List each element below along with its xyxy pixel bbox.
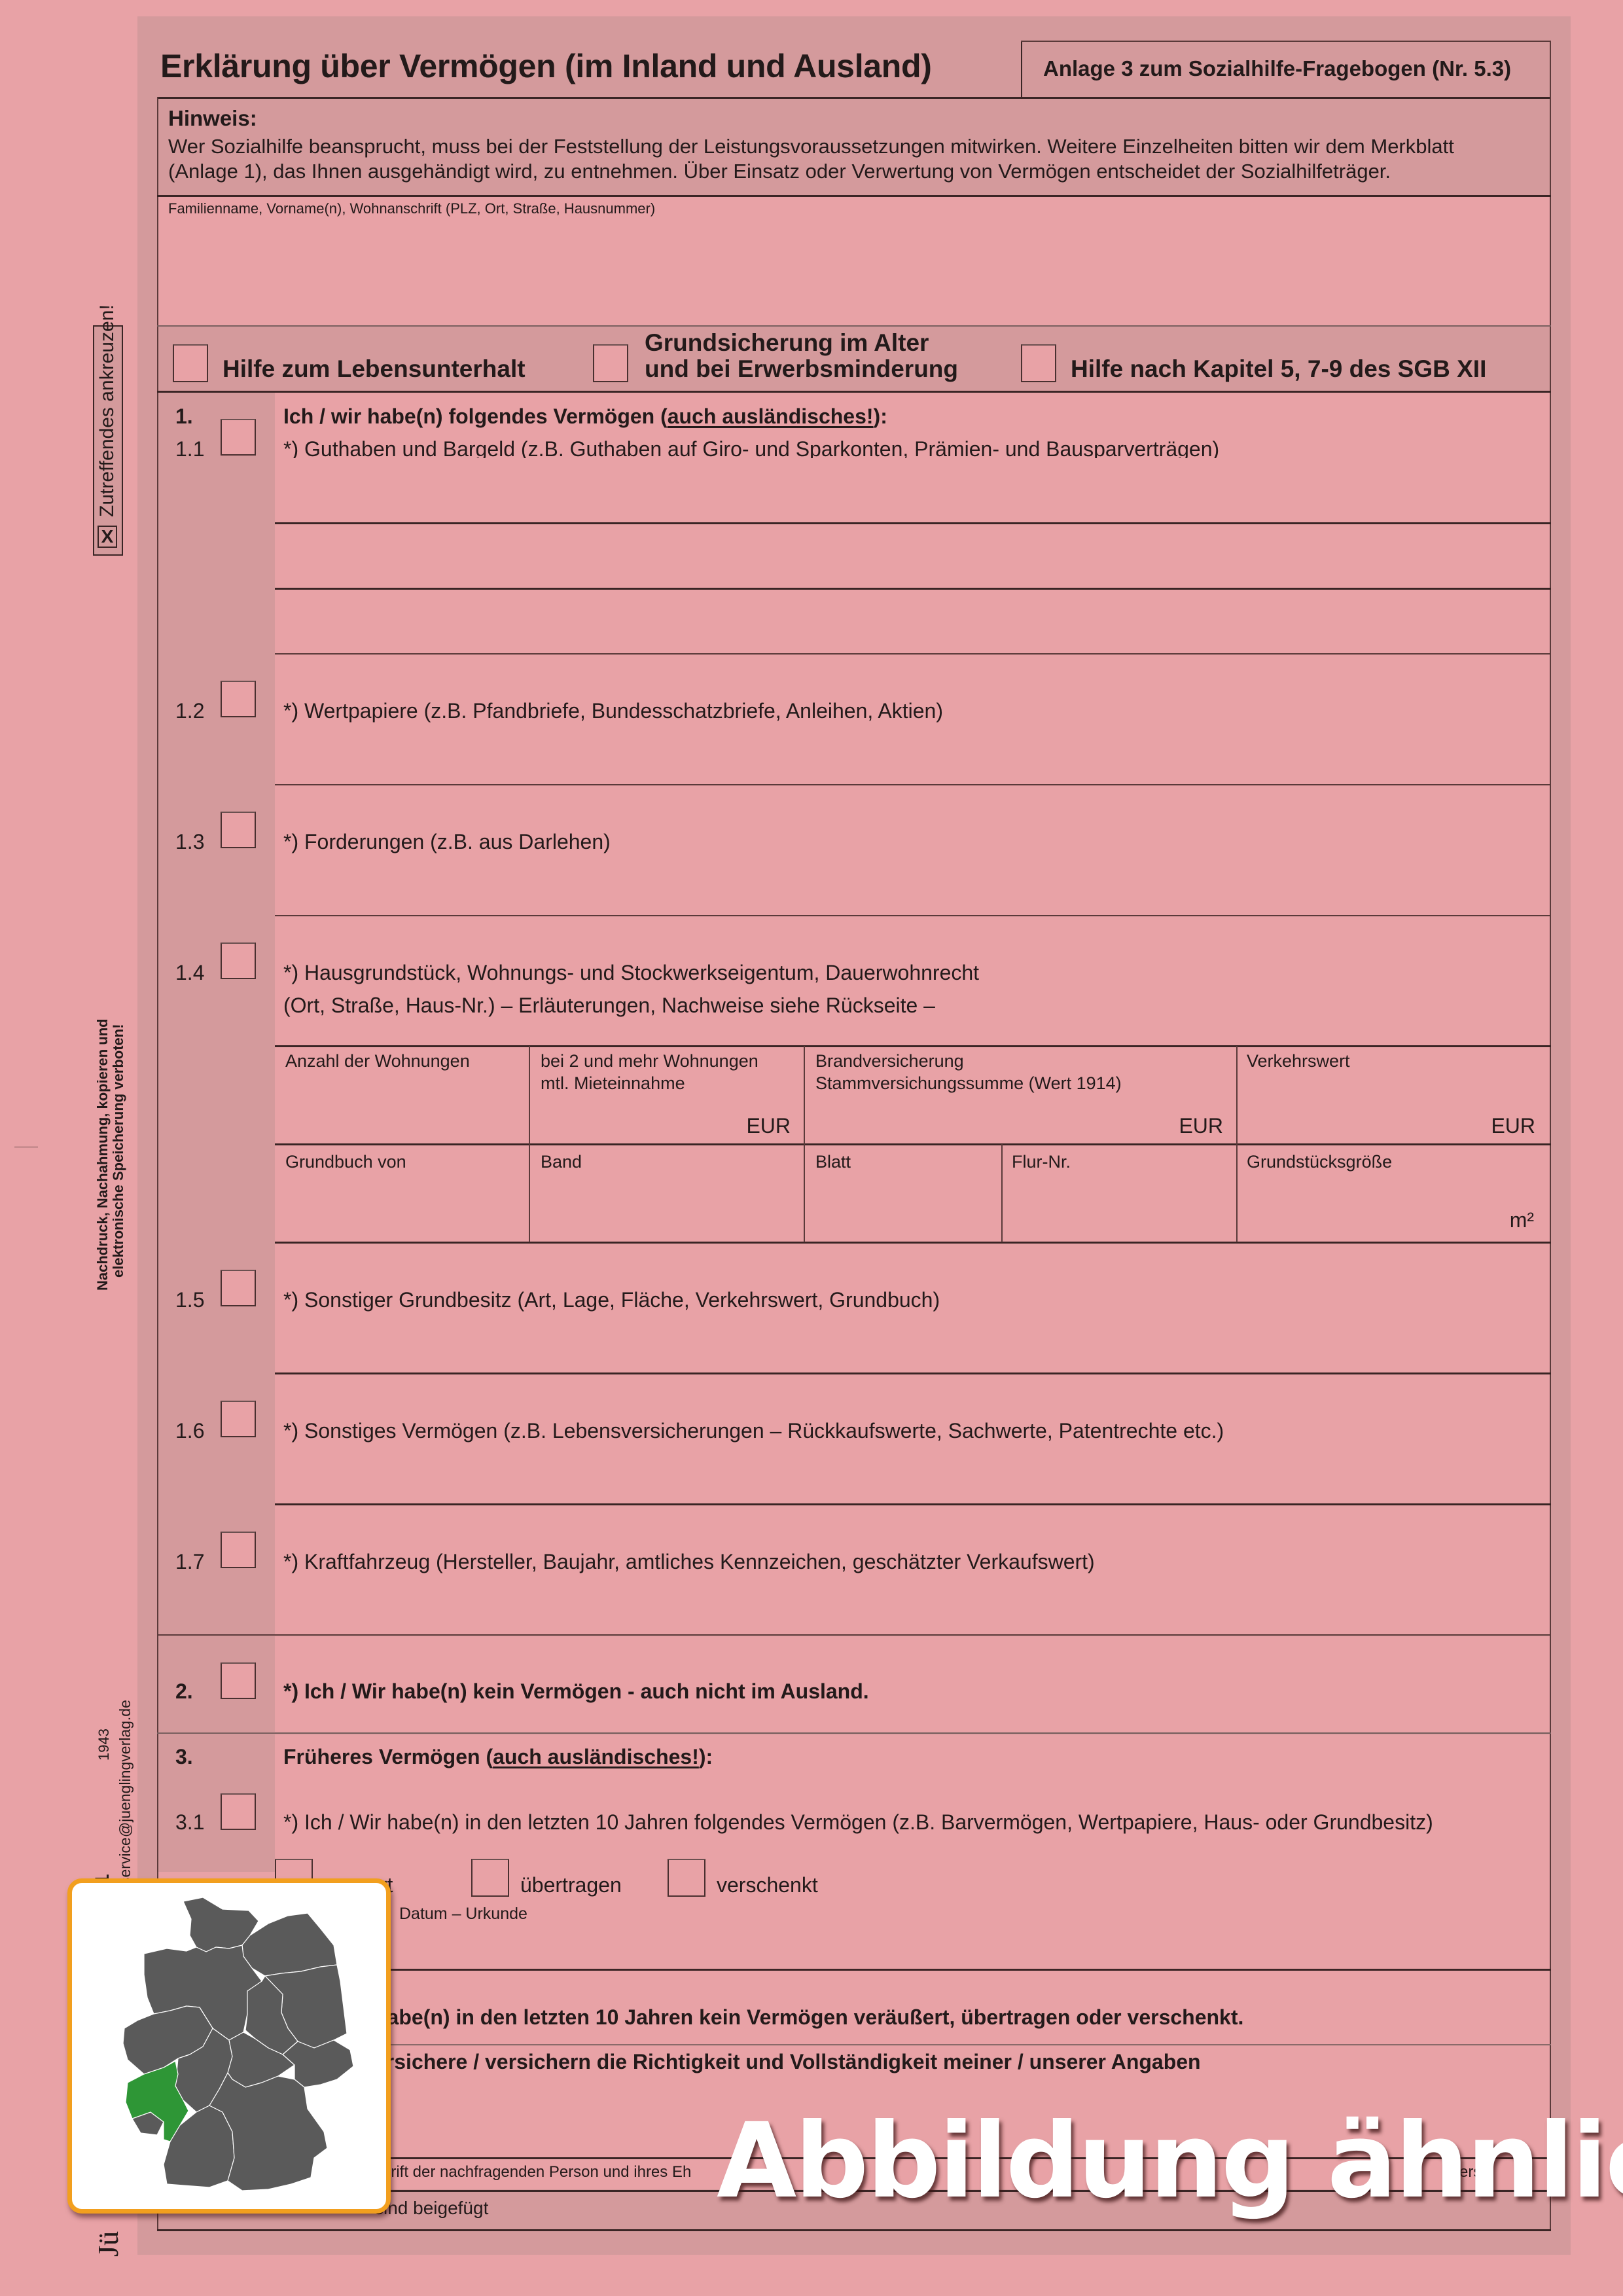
property-cell-flur-nr[interactable]: Flur-Nr. bbox=[1003, 1145, 1235, 1241]
section-3-number: 3. bbox=[175, 1745, 193, 1769]
applicant-label: Familienname, Vorname(n), Wohnanschrift … bbox=[168, 200, 655, 217]
checkbox-hilfe-kapitel-5-7-9[interactable] bbox=[1021, 344, 1056, 382]
unit-square-meters: m² bbox=[1510, 1208, 1534, 1232]
section-1-heading-underlined: auch ausländisches! bbox=[668, 404, 874, 428]
cell-label-2: Stammversichungssumme (Wert 1914) bbox=[815, 1072, 1122, 1094]
property-cell-grundbuch-von[interactable]: Grundbuch von bbox=[276, 1145, 527, 1241]
option-hilfe-kapitel-5-7-9: Hilfe nach Kapitel 5, 7-9 des SGB XII bbox=[1071, 355, 1486, 383]
section-1-bottom-rule bbox=[157, 1634, 1551, 1636]
checkbox-item-1-3[interactable] bbox=[221, 812, 256, 848]
page-title: Erklärung über Vermögen (im Inland und A… bbox=[160, 47, 932, 85]
hint-label: Zutreffendes ankreuzen! bbox=[96, 304, 118, 517]
checkbox-item-1-5[interactable] bbox=[221, 1270, 256, 1306]
item-1-1-entry-line-2[interactable] bbox=[275, 524, 1550, 587]
item-1-2-number: 1.2 bbox=[175, 699, 204, 723]
section-3-content bbox=[275, 1734, 1550, 1969]
rule bbox=[275, 784, 1551, 785]
checkbox-item-1-2[interactable] bbox=[221, 681, 256, 717]
item-1-5-number: 1.5 bbox=[175, 1288, 204, 1312]
rule bbox=[275, 915, 1551, 916]
state-map-card bbox=[67, 1878, 391, 2214]
checkbox-section-2[interactable] bbox=[221, 1662, 256, 1699]
item-1-7-text: *) Kraftfahrzeug (Hersteller, Baujahr, a… bbox=[283, 1550, 1095, 1574]
signature-label: chrift der nachfragenden Person und ihre… bbox=[374, 2163, 691, 2181]
applicant-bottom-rule bbox=[157, 325, 1551, 327]
rule bbox=[275, 653, 1551, 655]
item-1-7-number: 1.7 bbox=[175, 1550, 204, 1574]
item-1-6-text: *) Sonstiges Vermögen (z.B. Lebensversic… bbox=[283, 1419, 1224, 1443]
header-bottom-rule bbox=[157, 97, 1551, 99]
header-divider bbox=[1021, 41, 1022, 98]
cell-label: bei 2 und mehr Wohnungen bbox=[541, 1050, 758, 1072]
form-bottom-rule bbox=[157, 2229, 1551, 2231]
cell-label: Verkehrswert bbox=[1247, 1050, 1350, 1072]
section-2-number: 2. bbox=[175, 1679, 193, 1704]
fold-mark bbox=[14, 1147, 38, 1147]
checkbox-hilfe-lebensunterhalt[interactable] bbox=[173, 344, 208, 382]
watermark-text: Abbildung ähnlich bbox=[717, 2101, 1623, 2221]
germany-map-icon bbox=[72, 1883, 386, 2209]
table-bottom-rule bbox=[275, 1242, 1551, 1244]
cell-label: Brandversicherung bbox=[815, 1050, 964, 1072]
item-1-1-entry-line-1[interactable] bbox=[275, 458, 1550, 522]
checkbox-grundsicherung[interactable] bbox=[593, 344, 628, 382]
item-1-4-text: *) Hausgrundstück, Wohnungs- und Stockwe… bbox=[283, 961, 979, 985]
section-3-heading-underlined: auch ausländisches! bbox=[493, 1745, 699, 1768]
checkbox-item-1-1[interactable] bbox=[221, 419, 256, 456]
rule bbox=[275, 1503, 1551, 1505]
hinweis-line-2: (Anlage 1), das Ihnen ausgehändigt wird,… bbox=[168, 159, 1391, 183]
hinweis-heading: Hinweis: bbox=[168, 106, 257, 131]
property-cell-anzahl-wohnungen[interactable]: Anzahl der Wohnungen bbox=[276, 1047, 527, 1143]
checkbox-verschenkt[interactable] bbox=[668, 1859, 705, 1897]
checkbox-item-1-7[interactable] bbox=[221, 1532, 256, 1568]
item-1-4-text-2: (Ort, Straße, Haus-Nr.) – Erläuterungen,… bbox=[283, 994, 935, 1018]
copyright-line-2: elektronische Speicherung verboten! bbox=[110, 1024, 127, 1278]
option-uebertragen-label: übertragen bbox=[520, 1873, 622, 1897]
cell-label: Blatt bbox=[815, 1151, 851, 1173]
section-1-heading-pre: Ich / wir habe(n) folgendes Vermögen ( bbox=[283, 404, 668, 428]
anlage-right-border bbox=[1550, 41, 1551, 98]
property-cell-mieteinnahme[interactable]: bei 2 und mehr Wohnungen mtl. Mieteinnah… bbox=[530, 1047, 802, 1143]
cell-label: Flur-Nr. bbox=[1012, 1151, 1071, 1173]
property-cell-grundstuecksgroesse[interactable]: Grundstücksgröße m² bbox=[1238, 1145, 1550, 1241]
section-3-heading: Früheres Vermögen (auch ausländisches!): bbox=[283, 1745, 713, 1769]
anlage-label: Anlage 3 zum Sozialhilfe-Fragebogen (Nr.… bbox=[1043, 56, 1511, 81]
property-cell-blatt[interactable]: Blatt bbox=[805, 1145, 1000, 1241]
item-1-3-text: *) Forderungen (z.B. aus Darlehen) bbox=[283, 830, 611, 854]
item-1-3-number: 1.3 bbox=[175, 830, 204, 854]
section-2-bottom-rule bbox=[157, 1732, 1551, 1734]
option-hilfe-lebensunterhalt: Hilfe zum Lebensunterhalt bbox=[223, 355, 526, 383]
item-3-1-text: *) Ich / Wir habe(n) in den letzten 10 J… bbox=[283, 1810, 1433, 1835]
option-grundsicherung-line-1: Grundsicherung im Alter bbox=[645, 329, 929, 357]
section-1-heading-post: ): bbox=[874, 404, 887, 428]
option-grundsicherung-line-2: und bei Erwerbsminderung bbox=[645, 355, 958, 383]
section-3-heading-pre: Früheres Vermögen ( bbox=[283, 1745, 493, 1768]
attachments-text: sind beigefügt bbox=[374, 2198, 488, 2219]
section-1-heading: Ich / wir habe(n) folgendes Vermögen (au… bbox=[283, 404, 887, 429]
property-cell-brandversicherung[interactable]: Brandversicherung Stammversichungssumme … bbox=[805, 1047, 1235, 1143]
datum-urkunde-label: Datum – Urkunde bbox=[399, 1905, 527, 1924]
rule bbox=[275, 1372, 1551, 1374]
cell-label: Anzahl der Wohnungen bbox=[285, 1050, 470, 1072]
section-3-heading-post: ): bbox=[699, 1745, 713, 1768]
hint-x-icon: X bbox=[98, 526, 117, 548]
property-cell-verkehrswert[interactable]: Verkehrswert EUR bbox=[1238, 1047, 1550, 1143]
item-3-1-number: 3.1 bbox=[175, 1810, 204, 1835]
checkbox-item-1-4[interactable] bbox=[221, 942, 256, 979]
declaration-text: ersichere / versichern die Richtigkeit u… bbox=[374, 2050, 1201, 2074]
option-verschenkt-label: verschenkt bbox=[717, 1873, 818, 1897]
hinweis-line-1: Wer Sozialhilfe beansprucht, muss bei de… bbox=[168, 134, 1454, 158]
unit-eur: EUR bbox=[1179, 1114, 1223, 1138]
publisher-year: 1943 bbox=[96, 1729, 113, 1761]
section-1-number: 1. bbox=[175, 404, 193, 429]
item-3-2-text: habe(n) in den letzten 10 Jahren kein Ve… bbox=[374, 2005, 1243, 2030]
cell-label: Band bbox=[541, 1151, 582, 1173]
checkbox-item-1-6[interactable] bbox=[221, 1401, 256, 1437]
item-1-5-text: *) Sonstiger Grundbesitz (Art, Lage, Flä… bbox=[283, 1288, 940, 1312]
property-cell-band[interactable]: Band bbox=[530, 1145, 802, 1241]
item-1-1-entry-line-3[interactable] bbox=[275, 590, 1550, 653]
section-2-text: *) Ich / Wir habe(n) kein Vermögen - auc… bbox=[283, 1679, 869, 1704]
publisher-email: service@juenglingverlag.de bbox=[116, 1700, 134, 1885]
copyright-line-1: Nachdruck, Nachahmung, kopieren und bbox=[94, 1018, 111, 1291]
form-right-border bbox=[1550, 97, 1551, 2231]
item-1-6-number: 1.6 bbox=[175, 1419, 204, 1443]
publisher-name-fragment: Jü bbox=[92, 2231, 125, 2257]
item-1-1-number: 1.1 bbox=[175, 437, 204, 461]
unit-eur: EUR bbox=[1491, 1114, 1535, 1138]
anlage-top-border bbox=[1021, 41, 1551, 42]
cell-label: Grundstücksgröße bbox=[1247, 1151, 1392, 1173]
checkbox-item-3-1[interactable] bbox=[221, 1793, 256, 1830]
cell-label-2: mtl. Mieteinnahme bbox=[541, 1072, 685, 1094]
item-1-2-text: *) Wertpapiere (z.B. Pfandbriefe, Bundes… bbox=[283, 699, 943, 723]
unit-eur: EUR bbox=[746, 1114, 791, 1138]
item-1-4-number: 1.4 bbox=[175, 961, 204, 985]
cell-label: Grundbuch von bbox=[285, 1151, 406, 1173]
checkbox-uebertragen[interactable] bbox=[471, 1859, 509, 1897]
